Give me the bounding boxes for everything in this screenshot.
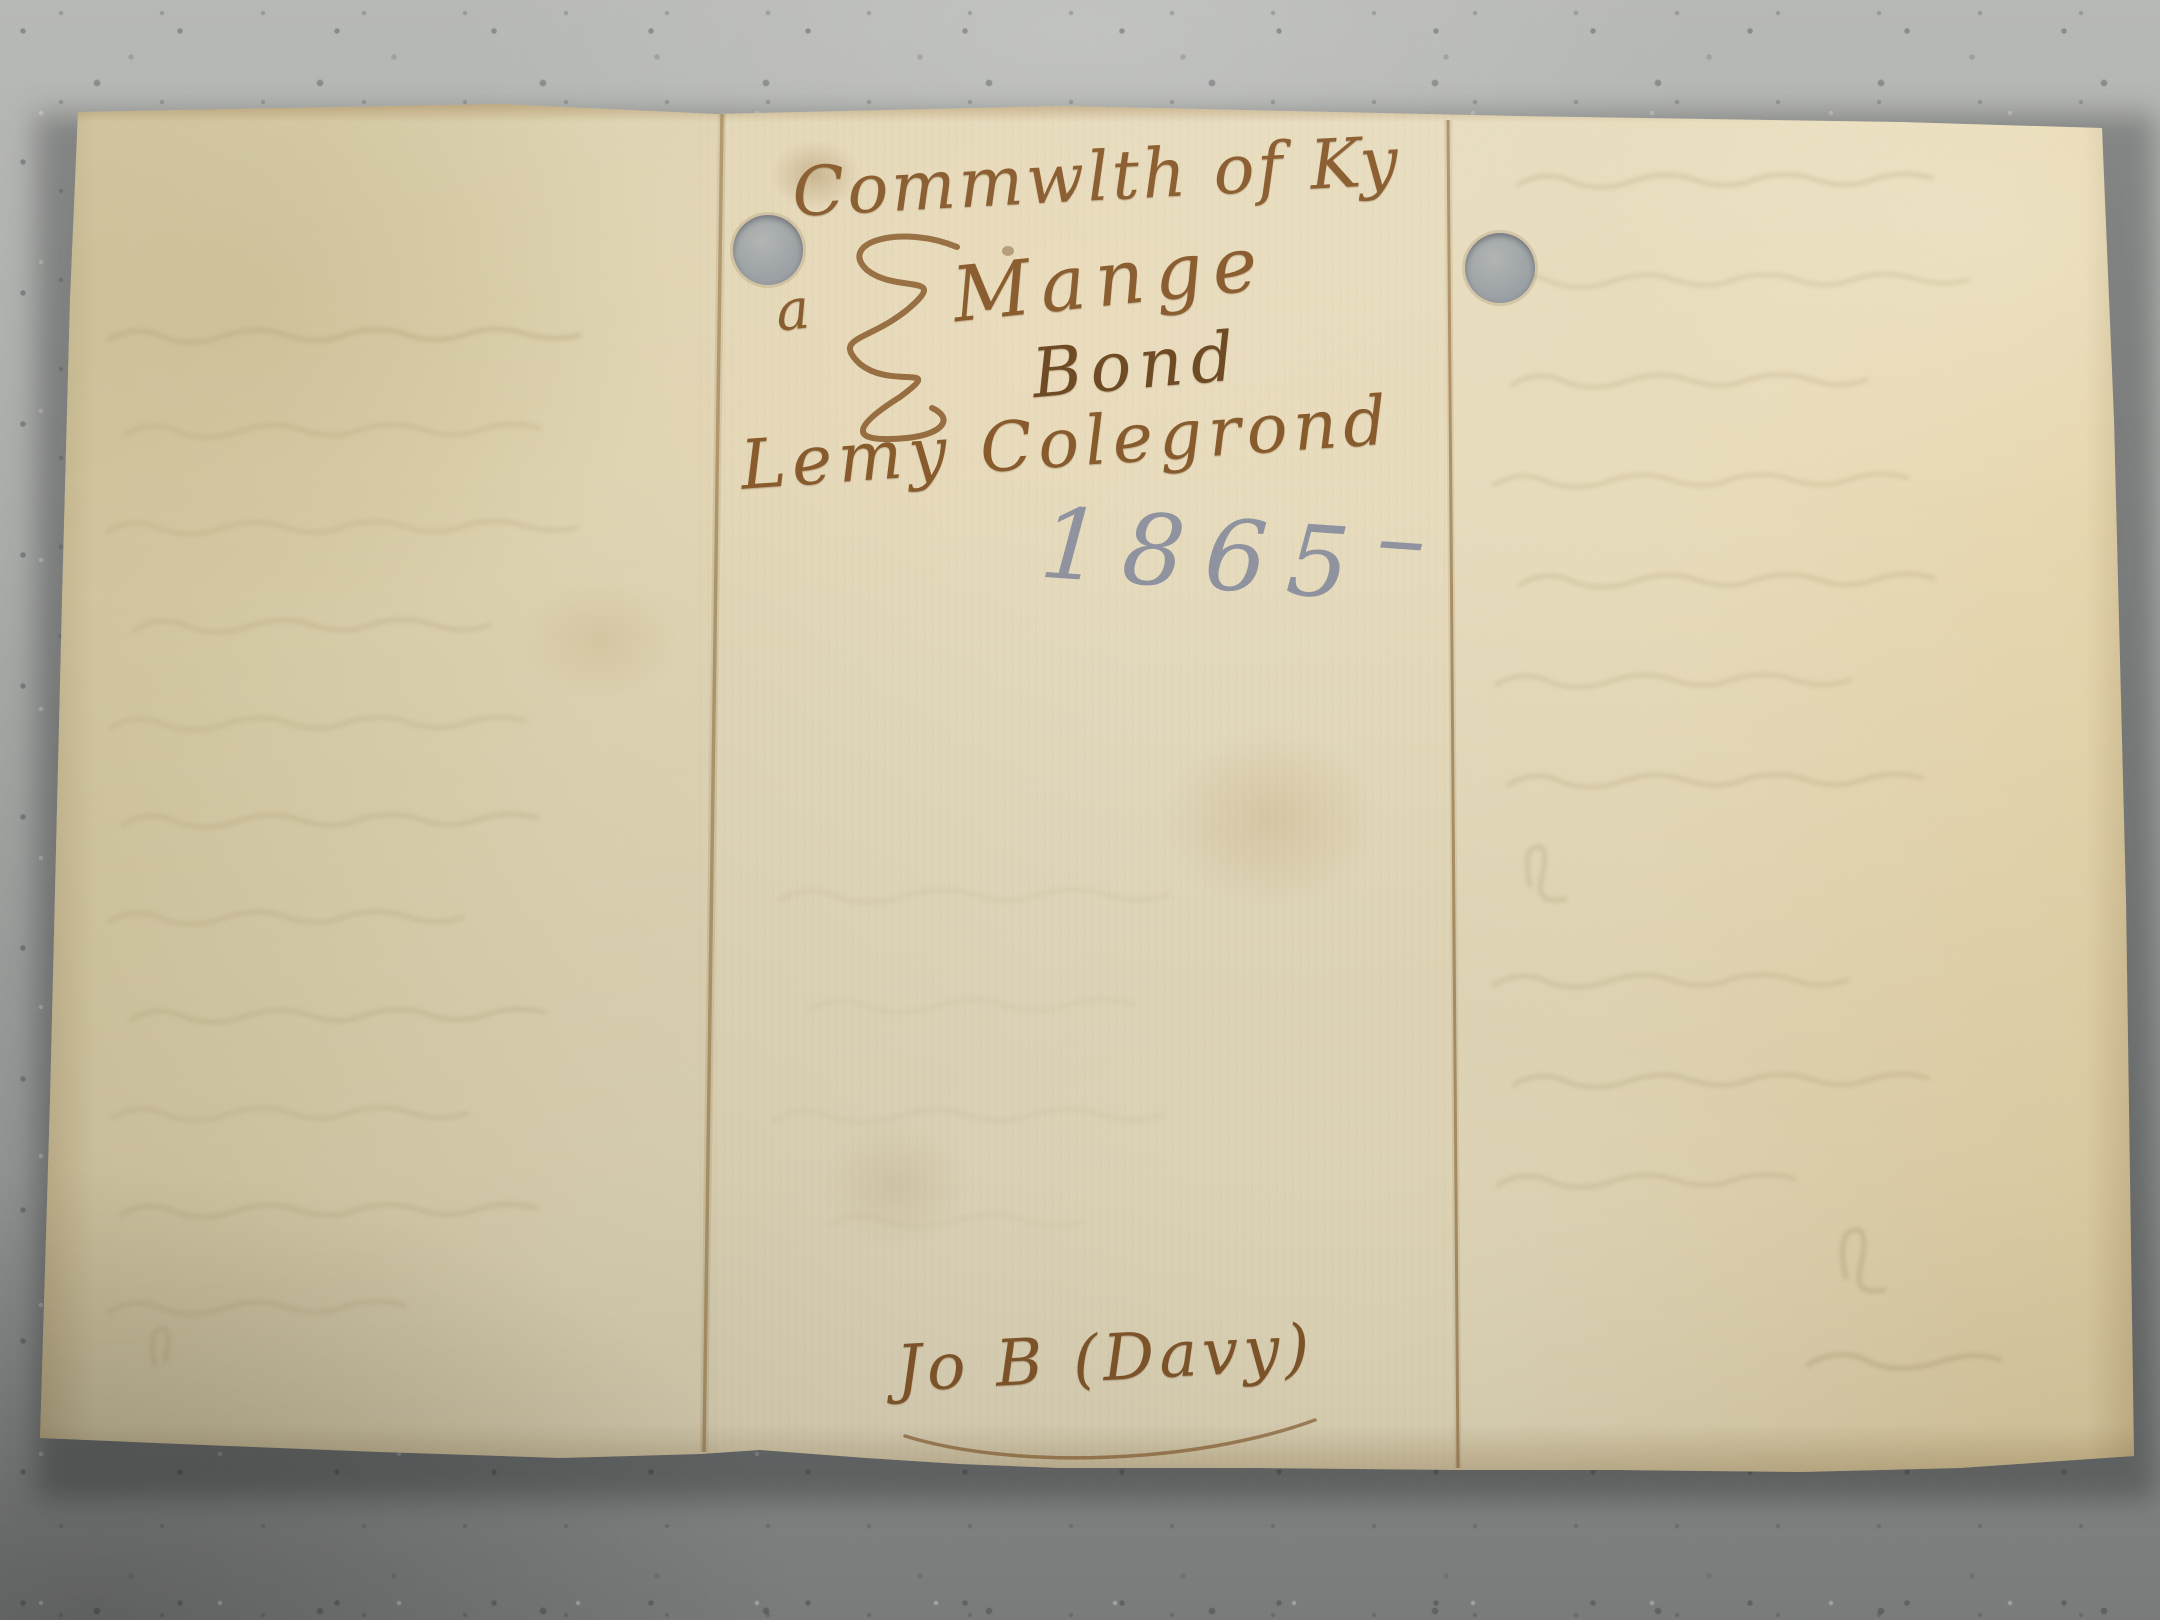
paper-stain [1160, 730, 1380, 910]
paper-stain [820, 1120, 970, 1250]
year-dash: – [1373, 480, 1430, 597]
punch-hole-right [1465, 233, 1535, 303]
paper-stain [520, 580, 680, 700]
punch-hole-left [733, 215, 803, 285]
ghost-writing-left [95, 300, 715, 1400]
year-value: 1865 [1036, 487, 1373, 624]
docket-connector: a [773, 276, 813, 344]
photo-background: Commwlth of Ky a Mange Bond Lemy Colegro… [0, 0, 2160, 1620]
bottom-note-flourish [895, 1418, 1335, 1478]
ghost-writing-right [1478, 150, 2078, 1440]
